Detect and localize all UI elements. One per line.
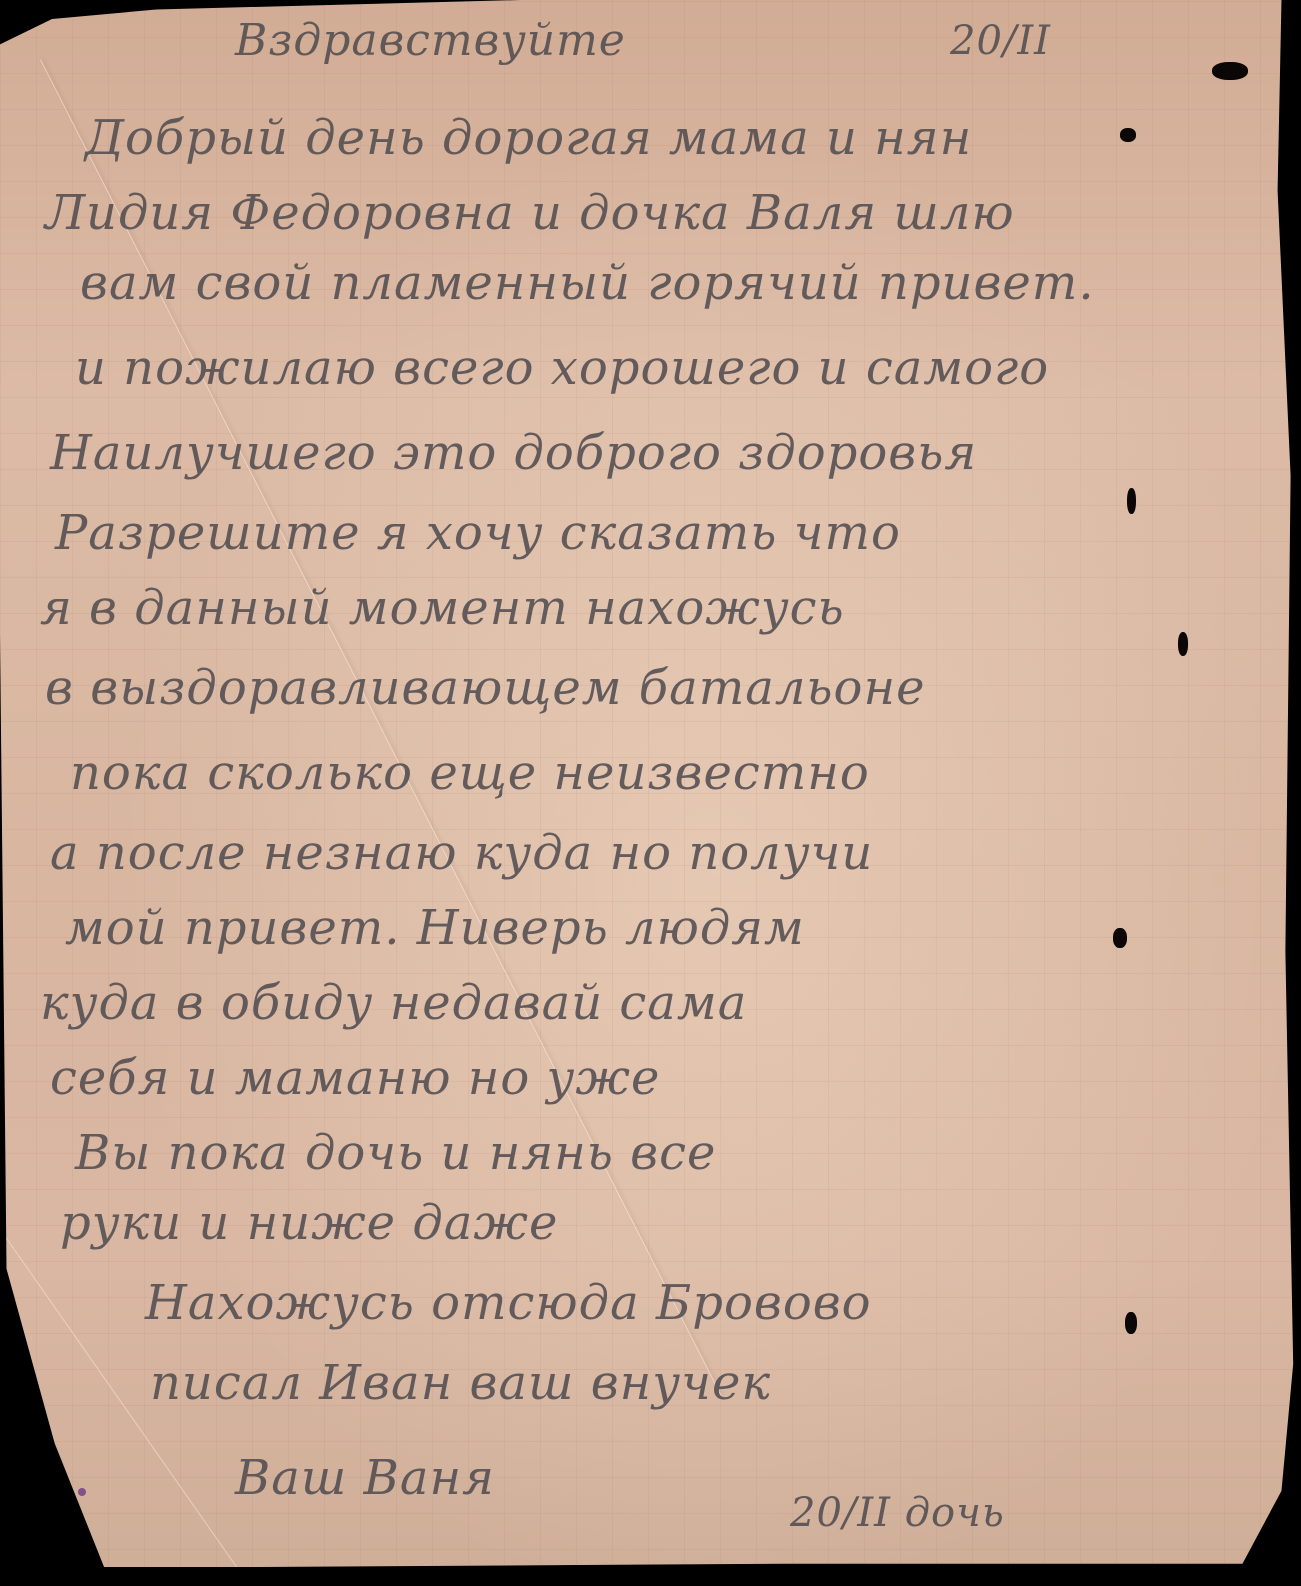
- paper-hole: [1120, 128, 1136, 142]
- ink-stamp-mark: [78, 1488, 86, 1496]
- letter-line: Вы пока дочь и нянь все: [75, 1125, 716, 1181]
- letter-date-bottom: 20/II дочь: [790, 1490, 1005, 1536]
- paper-hole: [1113, 928, 1127, 948]
- letter-line: Лидия Федоровна и дочка Валя шлю: [45, 185, 1015, 241]
- letter-paper: Вздравствуйте 20/II Добрый день дорогая …: [0, 0, 1301, 1586]
- paper-hole: [1212, 62, 1248, 80]
- letter-line: Разрешите я хочу сказать что: [55, 505, 901, 561]
- letter-signature: Ваш Ваня: [235, 1450, 495, 1506]
- letter-line: и пожилаю всего хорошего и самого: [75, 340, 1049, 396]
- letter-line: куда в обиду недавай сама: [40, 975, 747, 1031]
- letter-line: Добрый день дорогая мама и нян: [85, 110, 972, 166]
- letter-greeting: Вздравствуйте: [235, 15, 626, 66]
- letter-line: писал Иван ваш внучек: [150, 1355, 771, 1411]
- letter-line: в выздоравливающем батальоне: [45, 660, 925, 716]
- letter-date-top: 20/II: [950, 18, 1051, 64]
- letter-line: я в данный момент нахожусь: [40, 580, 845, 636]
- letter-line: себя и маманю но уже: [50, 1050, 660, 1106]
- paper-hole: [1125, 1312, 1137, 1334]
- letter-line: а после незнаю куда но получи: [50, 825, 873, 881]
- letter-line: пока сколько еще неизвестно: [70, 745, 870, 801]
- paper-hole: [1127, 488, 1136, 514]
- paper-hole: [1178, 632, 1188, 656]
- ink-stamp-mark: [38, 1480, 52, 1490]
- letter-line: вам свой пламенный горячий привет.: [80, 255, 1095, 311]
- letter-line: Нахожусь отсюда Бровово: [145, 1275, 872, 1331]
- letter-line: Наилучшего это доброго здоровья: [50, 425, 977, 481]
- letter-line: мой привет. Ниверь людям: [65, 900, 805, 956]
- letter-line: руки и ниже даже: [60, 1195, 558, 1251]
